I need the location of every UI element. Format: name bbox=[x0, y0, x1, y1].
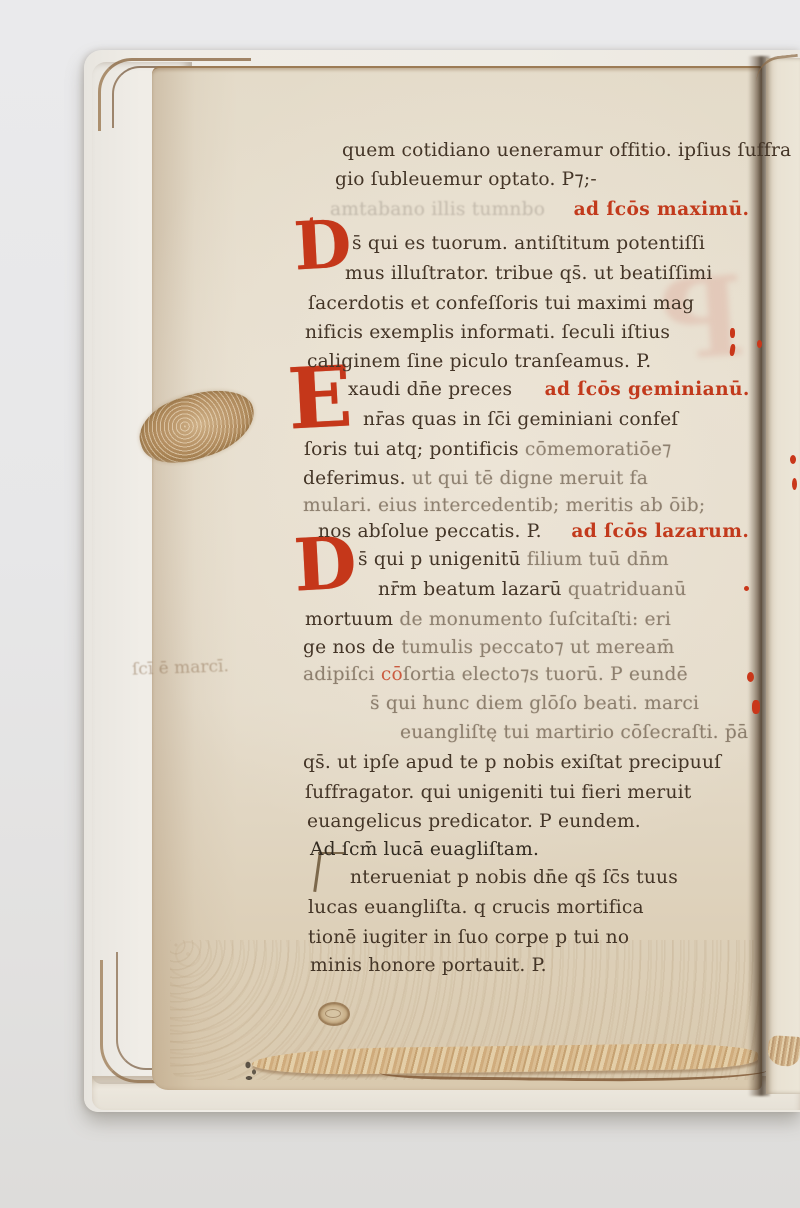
rubric-text: ad ſcōs geminianū. bbox=[545, 376, 750, 402]
line-text: lucas euangliſta. q crucis mortifica bbox=[308, 894, 644, 920]
line-text: nr̄as quas in ſc̄i geminiani confeſ bbox=[363, 406, 678, 432]
text-line: ſoris tui atq; pontificis cōmemoratiōe⁊ bbox=[304, 436, 672, 462]
text-line: deferimus. ut qui tē digne meruit fa bbox=[303, 465, 648, 491]
text-line: lucas euangliſta. q crucis mortifica bbox=[308, 894, 644, 920]
text-line: nr̄as quas in ſc̄i geminiani confeſ bbox=[363, 406, 678, 432]
manuscript-text-block: quem cotidiano ueneramur offitio. ipſius… bbox=[0, 0, 800, 1208]
line-text: amtabano illis tumnbo bbox=[330, 196, 545, 222]
text-line: qs̄. ut ipſe apud te p nobis exiſtat pre… bbox=[303, 749, 721, 775]
line-text: euangelicus predicator. P eundem. bbox=[307, 808, 641, 834]
line-text: adipiſci bbox=[303, 661, 381, 687]
text-line: nr̄m beatum lazarū quatriduanū bbox=[378, 576, 686, 602]
line-text: ſuffragator. qui unigeniti tui fieri mer… bbox=[305, 779, 691, 805]
text-line: gio ſubleuemur optato. P⁊;- bbox=[335, 166, 597, 192]
line-text: minis honore portauit. P. bbox=[310, 952, 547, 978]
text-line: amtabano illis tumnboad ſcōs maximū. bbox=[330, 196, 749, 222]
line-text: caliginem ſine piculo tranſeamus. P. bbox=[307, 348, 651, 374]
line-text: xaudi dn̄e preces bbox=[348, 376, 512, 402]
rubric-text: ad ſcōs lazarum. bbox=[571, 518, 749, 544]
line-text: s̄ qui p unigenitū bbox=[358, 546, 527, 572]
line-text: filium tuū dn̄m bbox=[527, 546, 669, 572]
line-text: mortuum bbox=[305, 606, 399, 632]
line-text: mulari. eius intercedentib; meritis ab ō… bbox=[303, 492, 705, 518]
line-text: ſoris tui atq; pontificis bbox=[304, 436, 525, 462]
text-line: adipiſci cōſortia electo⁊s tuorū. P eund… bbox=[303, 661, 688, 687]
line-text: ſortia electo⁊s tuorū. P eundē bbox=[403, 661, 688, 687]
rubric-text: ad ſcōs maximū. bbox=[574, 196, 750, 222]
line-text: deferimus. bbox=[303, 465, 412, 491]
text-line: minis honore portauit. P. bbox=[310, 952, 547, 978]
line-text: quem cotidiano ueneramur offitio. ipſius… bbox=[342, 137, 791, 163]
text-line: ge nos de tumulis peccato⁊ ut meream̄ bbox=[303, 634, 674, 660]
text-line: caliginem ſine piculo tranſeamus. P. bbox=[307, 348, 651, 374]
line-text: s̄ qui es tuorum. antiſtitum potentiſſi bbox=[352, 230, 705, 256]
line-gap bbox=[512, 376, 544, 402]
line-text: de monumento ſuſcitaſti: eri bbox=[399, 606, 671, 632]
text-line: ſacerdotis et confeſſoris tui maximi mag bbox=[308, 290, 694, 316]
line-text: nos abſolue peccatis. P. bbox=[318, 518, 542, 544]
text-line: quem cotidiano ueneramur offitio. ipſius… bbox=[342, 137, 791, 163]
line-text: euangliſtę tui martirio cōſecraſti. p̄ā bbox=[400, 719, 748, 745]
text-line: euangelicus predicator. P eundem. bbox=[307, 808, 641, 834]
text-line: mus illuſtrator. tribue qs̄. ut beatiſſi… bbox=[345, 260, 713, 286]
text-line: s̄ qui p unigenitū filium tuū dn̄m bbox=[358, 546, 669, 572]
text-line: nos abſolue peccatis. P.ad ſcōs lazarum. bbox=[318, 518, 749, 544]
line-text: gio ſubleuemur optato. P⁊;- bbox=[335, 166, 597, 192]
line-text: cōmemoratiōe⁊ bbox=[525, 436, 672, 462]
manuscript-photo: P D E D ⸲ ſcī ē marcī. quem cotidiano ue… bbox=[0, 0, 800, 1208]
line-text: nterueniat p nobis dn̄e qs̄ ſc̄s tuus bbox=[350, 864, 678, 890]
line-text: ſacerdotis et confeſſoris tui maximi mag bbox=[308, 290, 694, 316]
line-text: cō bbox=[381, 661, 403, 687]
line-text: quatriduanū bbox=[568, 576, 687, 602]
line-text: nificis exemplis informati. ſeculi iſtiu… bbox=[305, 319, 670, 345]
line-text: tumulis peccato⁊ ut meream̄ bbox=[401, 634, 674, 660]
line-gap bbox=[542, 518, 572, 544]
text-line: nterueniat p nobis dn̄e qs̄ ſc̄s tuus bbox=[350, 864, 678, 890]
line-text: s̄ qui hunc diem glōſo beati. marci bbox=[370, 690, 699, 716]
line-text: ut qui tē digne meruit fa bbox=[412, 465, 648, 491]
text-line: s̄ qui hunc diem glōſo beati. marci bbox=[370, 690, 699, 716]
text-line: tionē iugiter in ſuo corpe p tui no bbox=[308, 924, 629, 950]
line-text: ge nos de bbox=[303, 634, 401, 660]
line-text: qs̄. ut ipſe apud te p nobis exiſtat pre… bbox=[303, 749, 721, 775]
text-line: mulari. eius intercedentib; meritis ab ō… bbox=[303, 492, 705, 518]
line-text: mus illuſtrator. tribue qs̄. ut beatiſſi… bbox=[345, 260, 713, 286]
text-line: euangliſtę tui martirio cōſecraſti. p̄ā bbox=[400, 719, 748, 745]
line-text: nr̄m beatum lazarū bbox=[378, 576, 568, 602]
text-line: Ad ſcm̄ lucā euagliſtam. bbox=[310, 836, 539, 862]
text-line: ſuffragator. qui unigeniti tui fieri mer… bbox=[305, 779, 691, 805]
text-line: nificis exemplis informati. ſeculi iſtiu… bbox=[305, 319, 670, 345]
text-line: xaudi dn̄e precesad ſcōs geminianū. bbox=[348, 376, 750, 402]
text-line: s̄ qui es tuorum. antiſtitum potentiſſi bbox=[352, 230, 705, 256]
line-gap bbox=[545, 196, 573, 222]
line-text: tionē iugiter in ſuo corpe p tui no bbox=[308, 924, 629, 950]
line-text: Ad ſcm̄ lucā euagliſtam. bbox=[310, 836, 539, 862]
text-line: mortuum de monumento ſuſcitaſti: eri bbox=[305, 606, 671, 632]
